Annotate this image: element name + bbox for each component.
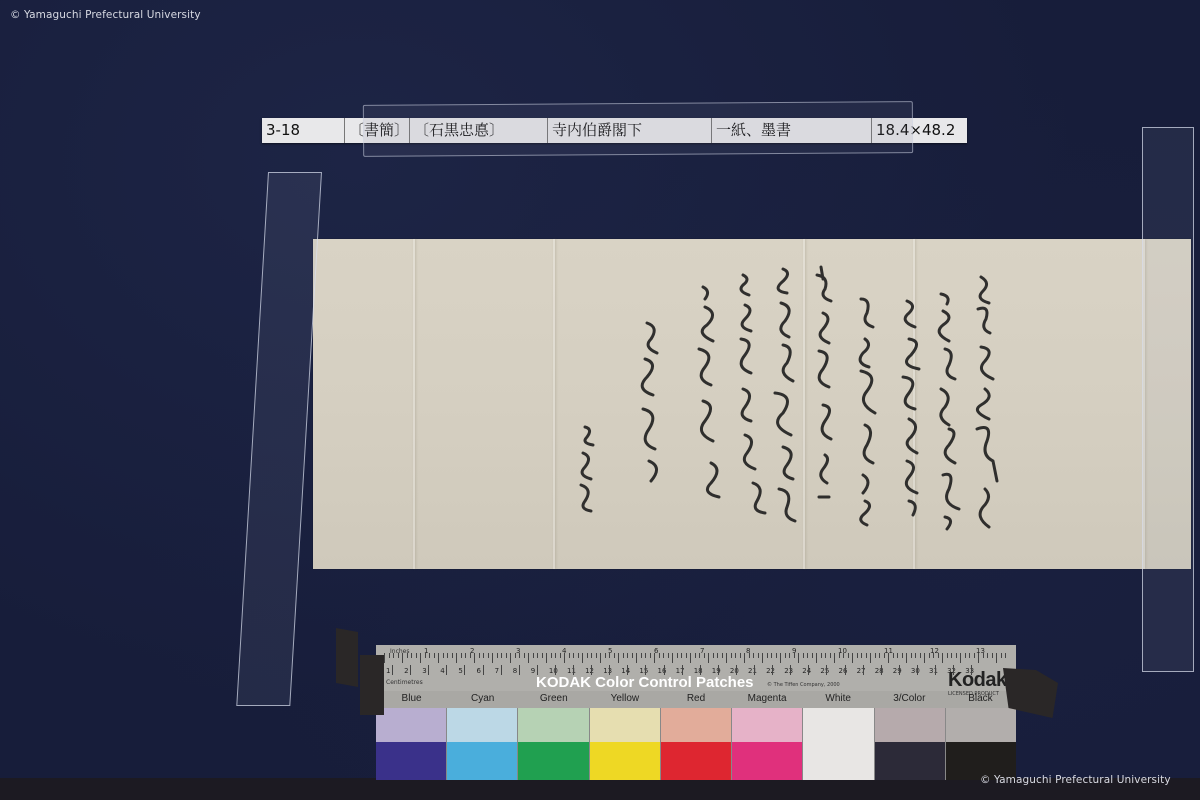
patch-column	[803, 708, 874, 780]
ruler-tick	[479, 653, 480, 658]
patch-label-black: Black	[945, 693, 1016, 704]
ruler-tick	[776, 653, 777, 658]
ruler-tick	[497, 653, 498, 658]
ruler-tick	[443, 653, 444, 658]
cm-tick	[392, 665, 393, 675]
ruler-tick	[542, 653, 543, 658]
patch-label-green: Green	[518, 693, 589, 704]
patch-label-yellow: Yellow	[589, 693, 660, 704]
cm-tick	[446, 665, 447, 675]
ruler-tick	[573, 653, 574, 658]
ruler-tick	[605, 653, 606, 658]
inch-mark: 8	[746, 647, 750, 655]
ruler-tick	[798, 653, 799, 663]
ruler-tick	[416, 653, 417, 658]
ruler-tick	[731, 653, 732, 658]
ruler-tick	[506, 653, 507, 658]
ruler-tick	[492, 653, 493, 663]
ruler-tick	[767, 653, 768, 658]
black-tape-left-chart	[360, 655, 384, 715]
cm-tick	[772, 665, 773, 675]
ruler-tick	[771, 653, 772, 658]
cm-tick	[519, 665, 520, 675]
ruler-tick	[641, 653, 642, 658]
patch-column	[590, 708, 661, 780]
label-cell: 3-18	[262, 118, 345, 143]
inch-mark: 9	[792, 647, 796, 655]
ruler-tick	[551, 653, 552, 658]
patch-light	[946, 708, 1016, 742]
ruler-tick	[744, 653, 745, 663]
patch-light	[447, 708, 517, 742]
inch-mark: 11	[884, 647, 893, 655]
ruler-tick	[987, 653, 988, 658]
ruler-tick	[510, 653, 511, 663]
cm-tick	[935, 665, 936, 675]
ruler-tick	[578, 653, 579, 658]
cm-mark: 30	[911, 667, 920, 675]
ruler-tick	[650, 653, 651, 658]
patch-dark	[732, 742, 802, 780]
ruler-tick	[722, 653, 723, 658]
ruler-tick	[533, 653, 534, 658]
ruler-tick	[789, 653, 790, 658]
ruler-tick	[452, 653, 453, 658]
ruler-tick	[996, 653, 997, 663]
cm-tick	[808, 665, 809, 675]
ruler-tick	[582, 653, 583, 663]
ruler-tick	[524, 653, 525, 658]
ruler-tick	[686, 653, 687, 658]
ruler-tick	[875, 653, 876, 658]
ruler-tick	[438, 653, 439, 663]
copyright-credit-bottom: © Yamaguchi Prefectural University	[980, 774, 1171, 786]
ruler-tick	[857, 653, 858, 658]
chart-title: KODAK Color Control Patches	[536, 674, 754, 691]
ruler-tick	[461, 653, 462, 658]
ruler-tick	[447, 653, 448, 658]
acrylic-weight-right	[1142, 127, 1194, 672]
ruler-tick	[668, 653, 669, 658]
ruler-tick	[420, 653, 421, 663]
ruler-tick	[672, 653, 673, 663]
ruler-tick	[848, 653, 849, 658]
ruler-tick	[663, 653, 664, 658]
cm-tick	[790, 665, 791, 675]
ruler-tick	[924, 653, 925, 663]
cm-tick	[464, 665, 465, 675]
patch-column	[946, 708, 1016, 780]
ruler-tick	[726, 653, 727, 663]
cm-mark: 23	[784, 667, 793, 675]
ruler-tick	[956, 653, 957, 658]
ruler-tick	[389, 653, 390, 658]
calligraphy-ink	[313, 239, 1191, 569]
ruler-tick	[870, 653, 871, 663]
patch-dark	[590, 742, 660, 780]
kodak-logo: Kodak	[948, 669, 1007, 692]
black-tape-left	[336, 628, 358, 687]
copyright-credit-top: © Yamaguchi Prefectural University	[10, 9, 201, 21]
kodak-color-chart: Inches Centimetres 123456789101112131234…	[376, 645, 1016, 780]
ruler-tick	[708, 653, 709, 663]
ruler-tick	[434, 653, 435, 658]
inch-mark: 13	[976, 647, 985, 655]
ruler-tick	[942, 653, 943, 663]
ruler-tick	[965, 653, 966, 658]
ruler-tick	[911, 653, 912, 658]
patch-light	[661, 708, 731, 742]
ruler-tick	[992, 653, 993, 658]
ruler-tick	[713, 653, 714, 658]
patch-label-cyan: Cyan	[447, 693, 518, 704]
ruler-tick	[618, 653, 619, 663]
ruler-tick	[947, 653, 948, 658]
ruler-tick	[969, 653, 970, 658]
inch-mark: 1	[424, 647, 428, 655]
inch-mark: 2	[470, 647, 474, 655]
patch-dark	[376, 742, 446, 780]
patch-label-magenta: Magenta	[732, 693, 803, 704]
cm-mark: 29	[893, 667, 902, 675]
letter-document	[313, 239, 1191, 569]
ruler-tick	[600, 653, 601, 663]
patch-column	[732, 708, 803, 780]
ruler-tick	[587, 653, 588, 658]
cm-tick	[863, 665, 864, 675]
patch-label-3-color: 3/Color	[874, 693, 945, 704]
ruler-tick	[861, 653, 862, 658]
cm-tick	[428, 665, 429, 675]
ruler-tick	[762, 653, 763, 663]
acrylic-weight-top	[363, 101, 913, 157]
ruler-tick	[465, 653, 466, 658]
inch-mark: 10	[838, 647, 847, 655]
ruler-tick	[555, 653, 556, 658]
inch-mark: 5	[608, 647, 612, 655]
patch-light	[732, 708, 802, 742]
ruler-tick	[614, 653, 615, 658]
cm-mark: 22	[766, 667, 775, 675]
ruler-tick	[1005, 653, 1006, 658]
patch-dark	[661, 742, 731, 780]
ruler-tick	[429, 653, 430, 658]
ruler-tick	[906, 653, 907, 663]
ruler-tick	[740, 653, 741, 658]
inch-mark: 3	[516, 647, 520, 655]
cm-tick	[917, 665, 918, 675]
patch-dark	[518, 742, 588, 780]
ruler-tick	[623, 653, 624, 658]
ruler-tick	[807, 653, 808, 658]
chart-copyright: © The Tiffen Company, 2000	[767, 682, 840, 688]
patch-column	[518, 708, 589, 780]
cm-tick	[899, 665, 900, 675]
cm-mark: 2	[404, 667, 408, 675]
ruler-tick	[398, 653, 399, 658]
ruler-tick	[951, 653, 952, 658]
patch-light	[518, 708, 588, 742]
patch-dark	[803, 742, 873, 780]
inch-mark: 12	[930, 647, 939, 655]
cm-tick	[845, 665, 846, 675]
ruler-tick	[812, 653, 813, 658]
ruler-tick	[677, 653, 678, 658]
ruler-tick	[758, 653, 759, 658]
ruler-tick	[974, 653, 975, 658]
ruler-tick	[591, 653, 592, 658]
ruler-tick	[528, 653, 529, 663]
ruler-tick	[488, 653, 489, 658]
cm-mark: 26	[839, 667, 848, 675]
cm-tick	[826, 665, 827, 675]
patch-dark	[447, 742, 517, 780]
ruler-tick	[717, 653, 718, 658]
cm-mark: 9	[531, 667, 535, 675]
ruler-tick	[735, 653, 736, 658]
patch-column	[376, 708, 447, 780]
inch-mark: 7	[700, 647, 704, 655]
color-patches	[376, 708, 1016, 780]
ruler-tick	[627, 653, 628, 658]
cm-mark: 24	[802, 667, 811, 675]
ruler-tick	[821, 653, 822, 658]
ruler-tick	[411, 653, 412, 658]
ruler-tick	[537, 653, 538, 658]
cm-mark: 7	[495, 667, 499, 675]
cm-mark: 4	[440, 667, 444, 675]
ruler-tick	[690, 653, 691, 663]
cm-tick	[483, 665, 484, 675]
ruler-tick	[681, 653, 682, 658]
ruler-tick	[456, 653, 457, 663]
ruler-tick	[1001, 653, 1002, 658]
patch-dark	[875, 742, 945, 780]
ruler-tick	[501, 653, 502, 658]
ruler-tick	[830, 653, 831, 658]
patch-column	[447, 708, 518, 780]
patch-label-blue: Blue	[376, 693, 447, 704]
ruler-tick	[632, 653, 633, 658]
cm-tick	[410, 665, 411, 675]
cm-mark: 1	[386, 667, 390, 675]
ruler-tick	[825, 653, 826, 658]
ruler-tick	[393, 653, 394, 658]
ruler-tick	[816, 653, 817, 663]
ruler-tick	[834, 653, 835, 663]
ruler-tick	[407, 653, 408, 658]
ruler-tick	[596, 653, 597, 658]
inch-mark: 6	[654, 647, 658, 655]
ruler-tick	[645, 653, 646, 658]
ruler-tick	[753, 653, 754, 658]
patch-light	[376, 708, 446, 742]
ruler-tick	[384, 653, 385, 663]
ruler-tick	[695, 653, 696, 658]
ruler-tick	[915, 653, 916, 658]
cm-mark: 28	[875, 667, 884, 675]
ruler-tick	[659, 653, 660, 658]
cm-tick	[501, 665, 502, 675]
cm-mark: 5	[458, 667, 462, 675]
patch-label-white: White	[803, 693, 874, 704]
patch-light	[590, 708, 660, 742]
ruler-tick	[902, 653, 903, 658]
cm-mark: 8	[513, 667, 517, 675]
ruler-tick	[852, 653, 853, 663]
patch-label-red: Red	[660, 693, 731, 704]
ruler-tick	[569, 653, 570, 658]
patch-labels: BlueCyanGreenYellowRedMagentaWhite3/Colo…	[376, 693, 1016, 704]
cm-tick	[754, 665, 755, 675]
cm-mark: 6	[477, 667, 481, 675]
cm-mark: 3	[422, 667, 426, 675]
cm-mark: 25	[820, 667, 829, 675]
patch-light	[875, 708, 945, 742]
centimetres-label: Centimetres	[386, 679, 423, 686]
ruler-tick	[960, 653, 961, 663]
patch-column	[661, 708, 732, 780]
ruler-tick	[879, 653, 880, 658]
patch-light	[803, 708, 873, 742]
ruler-tick	[560, 653, 561, 658]
cm-mark: 27	[857, 667, 866, 675]
ruler-tick	[920, 653, 921, 658]
patch-column	[875, 708, 946, 780]
ruler-tick	[803, 653, 804, 658]
ruler-tick	[897, 653, 898, 658]
ruler-tick	[402, 653, 403, 663]
inch-mark: 4	[562, 647, 566, 655]
ruler-tick	[785, 653, 786, 658]
ruler-tick	[546, 653, 547, 663]
cm-tick	[881, 665, 882, 675]
ruler-tick	[483, 653, 484, 658]
cm-mark: 31	[929, 667, 938, 675]
ruler-tick	[866, 653, 867, 658]
ruler-tick	[780, 653, 781, 663]
ruler-tick	[636, 653, 637, 663]
